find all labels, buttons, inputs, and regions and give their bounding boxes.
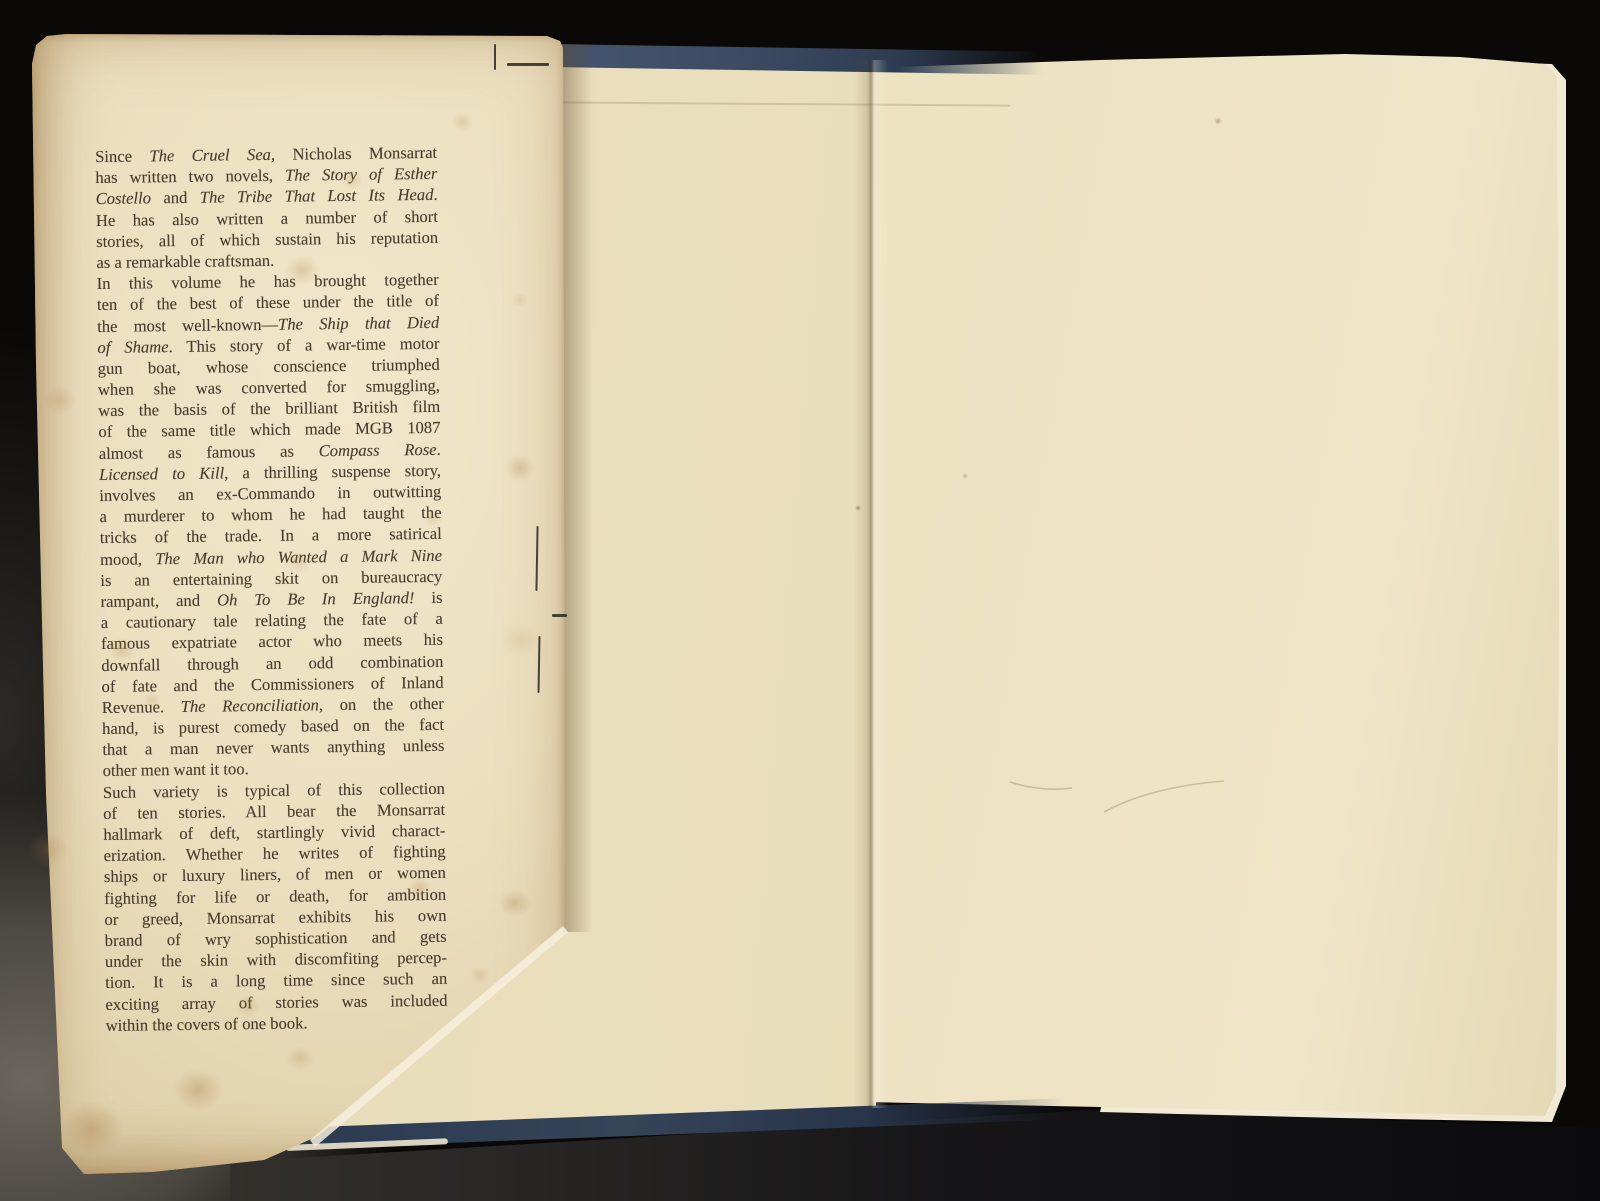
flap-text-line: the most well-known—The Ship that Died (97, 311, 439, 336)
flap-text-line: involves an ex-Commando in outwitting (99, 481, 441, 506)
flap-text-line: of Shame. This story of a war-time motor (97, 332, 439, 357)
flap-text-line: other men want it too. (103, 756, 445, 781)
flap-text-line: famous expatriate actor who meets his (101, 629, 443, 654)
flap-text-line: Since The Cruel Sea, Nicholas Monsarrat (95, 142, 437, 167)
book-gutter (854, 60, 888, 1108)
flap-text-line: almost as famous as Compass Rose. (99, 438, 441, 463)
flap-text-line: of ten stories. All bear the Monsarrat (103, 799, 445, 824)
flap-text-line: was the basis of the brilliant British f… (98, 396, 440, 421)
flap-text-line: downfall through an odd combination (101, 650, 443, 675)
flap-text-line: gun boat, whose conscience triumphed (98, 354, 440, 379)
page-hairline-scratch (1000, 758, 1240, 828)
flap-text-line: exciting array of stories was included (105, 989, 447, 1014)
flap-text-line: that a man never wants anything unless (102, 735, 444, 760)
flap-text-line: Costello and The Tribe That Lost Its Hea… (96, 184, 438, 209)
flap-text-line: of fate and the Commissioners of Inland (101, 671, 443, 696)
flap-text-line: hand, is purest comedy based on the fact (102, 714, 444, 739)
flap-text-line: under the skin with discomfiting percep- (105, 947, 447, 972)
flap-text-line: erization. Whether he writes of fighting (104, 841, 446, 866)
flap-cast-shadow (563, 44, 593, 932)
flap-text-line: rampant, and Oh To Be In England! is (100, 587, 442, 612)
flap-text-line: within the covers of one book. (106, 1010, 448, 1035)
flap-text-line: a murderer to whom he had taught the (99, 502, 441, 527)
flap-text-line: when she was converted for smuggling, (98, 375, 440, 400)
flap-text-line: In this volume he has brought together (97, 269, 439, 294)
printers-mark-vertical-top (494, 44, 496, 70)
flap-text-line: ships or luxury liners, of men or women (104, 862, 446, 887)
flap-text-line: a cautionary tale relating the fate of a (101, 608, 443, 633)
flap-text-line: hallmark of deft, startlingly vivid char… (103, 820, 445, 845)
flap-text-line: as a remarkable craftsman. (96, 248, 438, 273)
flap-text-line: stories, all of which sustain his reputa… (96, 227, 438, 252)
printers-mark-dash-top (507, 63, 549, 66)
flap-text-line: is an entertaining skit on bureaucracy (100, 566, 442, 591)
flap-text-line: of the same title which made MGB 1087 (98, 417, 440, 442)
flap-text: Since The Cruel Sea, Nicholas Monsarrath… (95, 142, 448, 1036)
flap-text-line: or greed, Monsarrat exhibits his own (104, 905, 446, 930)
flap-text-line: Licensed to Kill, a thrilling suspense s… (99, 460, 441, 485)
flap-text-line: has written two novels, The Story of Est… (95, 163, 437, 188)
flap-text-line: brand of wry sophistication and gets (105, 926, 447, 951)
flap-text-line: He has also written a number of short (96, 205, 438, 230)
flap-text-line: tion. It is a long time since such an (105, 968, 447, 993)
flap-text-line: mood, The Man who Wanted a Mark Nine (100, 544, 442, 569)
flap-text-line: ten of the best of these under the title… (97, 290, 439, 315)
flap-text-line: Such variety is typical of this collecti… (103, 777, 445, 802)
flap-text-line: fighting for life or death, for ambition (104, 883, 446, 908)
open-book-photo: Since The Cruel Sea, Nicholas Monsarrath… (0, 0, 1600, 1201)
flap-text-line: Revenue. The Reconciliation, on the othe… (102, 693, 444, 718)
printers-mark-dash-mid (552, 614, 567, 617)
flap-text-line: tricks of the trade. In a more satirical (100, 523, 442, 548)
